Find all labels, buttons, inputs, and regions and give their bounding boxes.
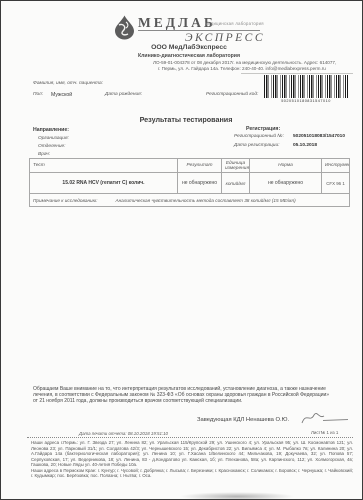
- results-table: Тест Результат Единица измерения Норма И…: [29, 158, 350, 207]
- test-result: не обнаружено: [178, 173, 222, 194]
- barcode-number: 5020510180831547010: [264, 99, 348, 103]
- barcode: [264, 75, 348, 98]
- direction-label: Направление:: [33, 127, 69, 133]
- registration-code-label: Регистрационный код:: [206, 92, 258, 97]
- logo-express-text: ЭКСПРЕСС: [185, 32, 265, 44]
- signature-icon: [299, 410, 351, 426]
- report-title: Результаты тестирования: [9, 115, 363, 124]
- scan-smudge: [179, 492, 295, 500]
- department-label: Отделение:: [38, 144, 66, 149]
- print-date: Дата печати отчета: 08.10.2018 19:51:10: [79, 431, 168, 436]
- logo-underline: [138, 30, 260, 31]
- drop-logo-icon: [114, 15, 135, 40]
- license-line-1: ЛО-59-01-004378 от 08 декабря 2017г. на …: [153, 60, 336, 65]
- col-header-instrument: Инструмент: [322, 159, 350, 173]
- head-of-lab-signoff: Заведующая КДЛ Ненашева О.Ю.: [197, 417, 289, 423]
- note-text: Аналитическая чувствительность метода со…: [115, 198, 295, 203]
- reg-date-label: Дата регистрации:: [234, 143, 279, 148]
- reg-number-label: Регистрационный №:: [234, 134, 284, 139]
- reg-date-value: 05.10.2018: [293, 143, 317, 148]
- registration-label: Регистрация:: [246, 126, 280, 132]
- col-header-norm: Норма: [250, 159, 322, 173]
- lab-report-page: МЕДЛАБ медицинская лаборатория ЭКСПРЕСС …: [0, 0, 363, 500]
- test-norm: не обнаружено: [250, 173, 322, 194]
- lab-name: Клинико-диагностическая лаборатория: [14, 53, 363, 59]
- col-header-unit: Единица измерения: [222, 159, 250, 173]
- header-rule: [241, 73, 353, 74]
- doctor-label: Врач:: [38, 152, 50, 157]
- reg-number-value: 502051018083/1547010: [293, 134, 345, 139]
- note-row: Примечание к исследованию:Аналитическая …: [30, 194, 350, 207]
- note-label: Примечание к исследованию:: [33, 198, 97, 203]
- results-table-header-row: Тест Результат Единица измерения Норма И…: [30, 159, 350, 173]
- dotted-separator: [27, 437, 353, 438]
- addresses-krai: Наши адреса в Пермском Крае: г. Кунгур; …: [31, 468, 353, 479]
- test-instrument: CFX 96 1: [322, 173, 350, 194]
- test-unit: копий/мл: [222, 173, 250, 194]
- logo-tagline: медицинская лаборатория: [205, 21, 264, 26]
- col-header-result: Результат: [178, 159, 222, 173]
- col-header-test: Тест: [30, 159, 178, 173]
- birth-date-label: Дата рождения:: [105, 92, 142, 97]
- organization-label: Организация:: [38, 136, 69, 141]
- test-name: 15.02 RNA HCV (гепатит C) колич.: [30, 173, 178, 194]
- sex-value: Мужской: [51, 92, 72, 98]
- sheet-number: Лист№ 1 из 1: [311, 430, 338, 435]
- license-line-2: г. Пермь, ул. А. Гайдара 14а. Телефон: 2…: [158, 66, 326, 71]
- footer-addresses: Наши адреса г.Пермь: ул. Г. Звезда 27; у…: [31, 440, 353, 479]
- result-row: 15.02 RNA HCV (гепатит C) колич. не обна…: [30, 173, 350, 194]
- sex-label: Пол:: [33, 92, 43, 97]
- patient-name-label: Фамилия, имя, отч. пациента:: [33, 81, 103, 86]
- addresses-perm: Наши адреса г.Пермь: ул. Г. Звезда 27; у…: [31, 440, 353, 468]
- company-name: ООО МедЛабЭкспресс: [14, 44, 363, 51]
- disclaimer-text: Обращаем Ваше внимание на то, что интерп…: [33, 386, 335, 405]
